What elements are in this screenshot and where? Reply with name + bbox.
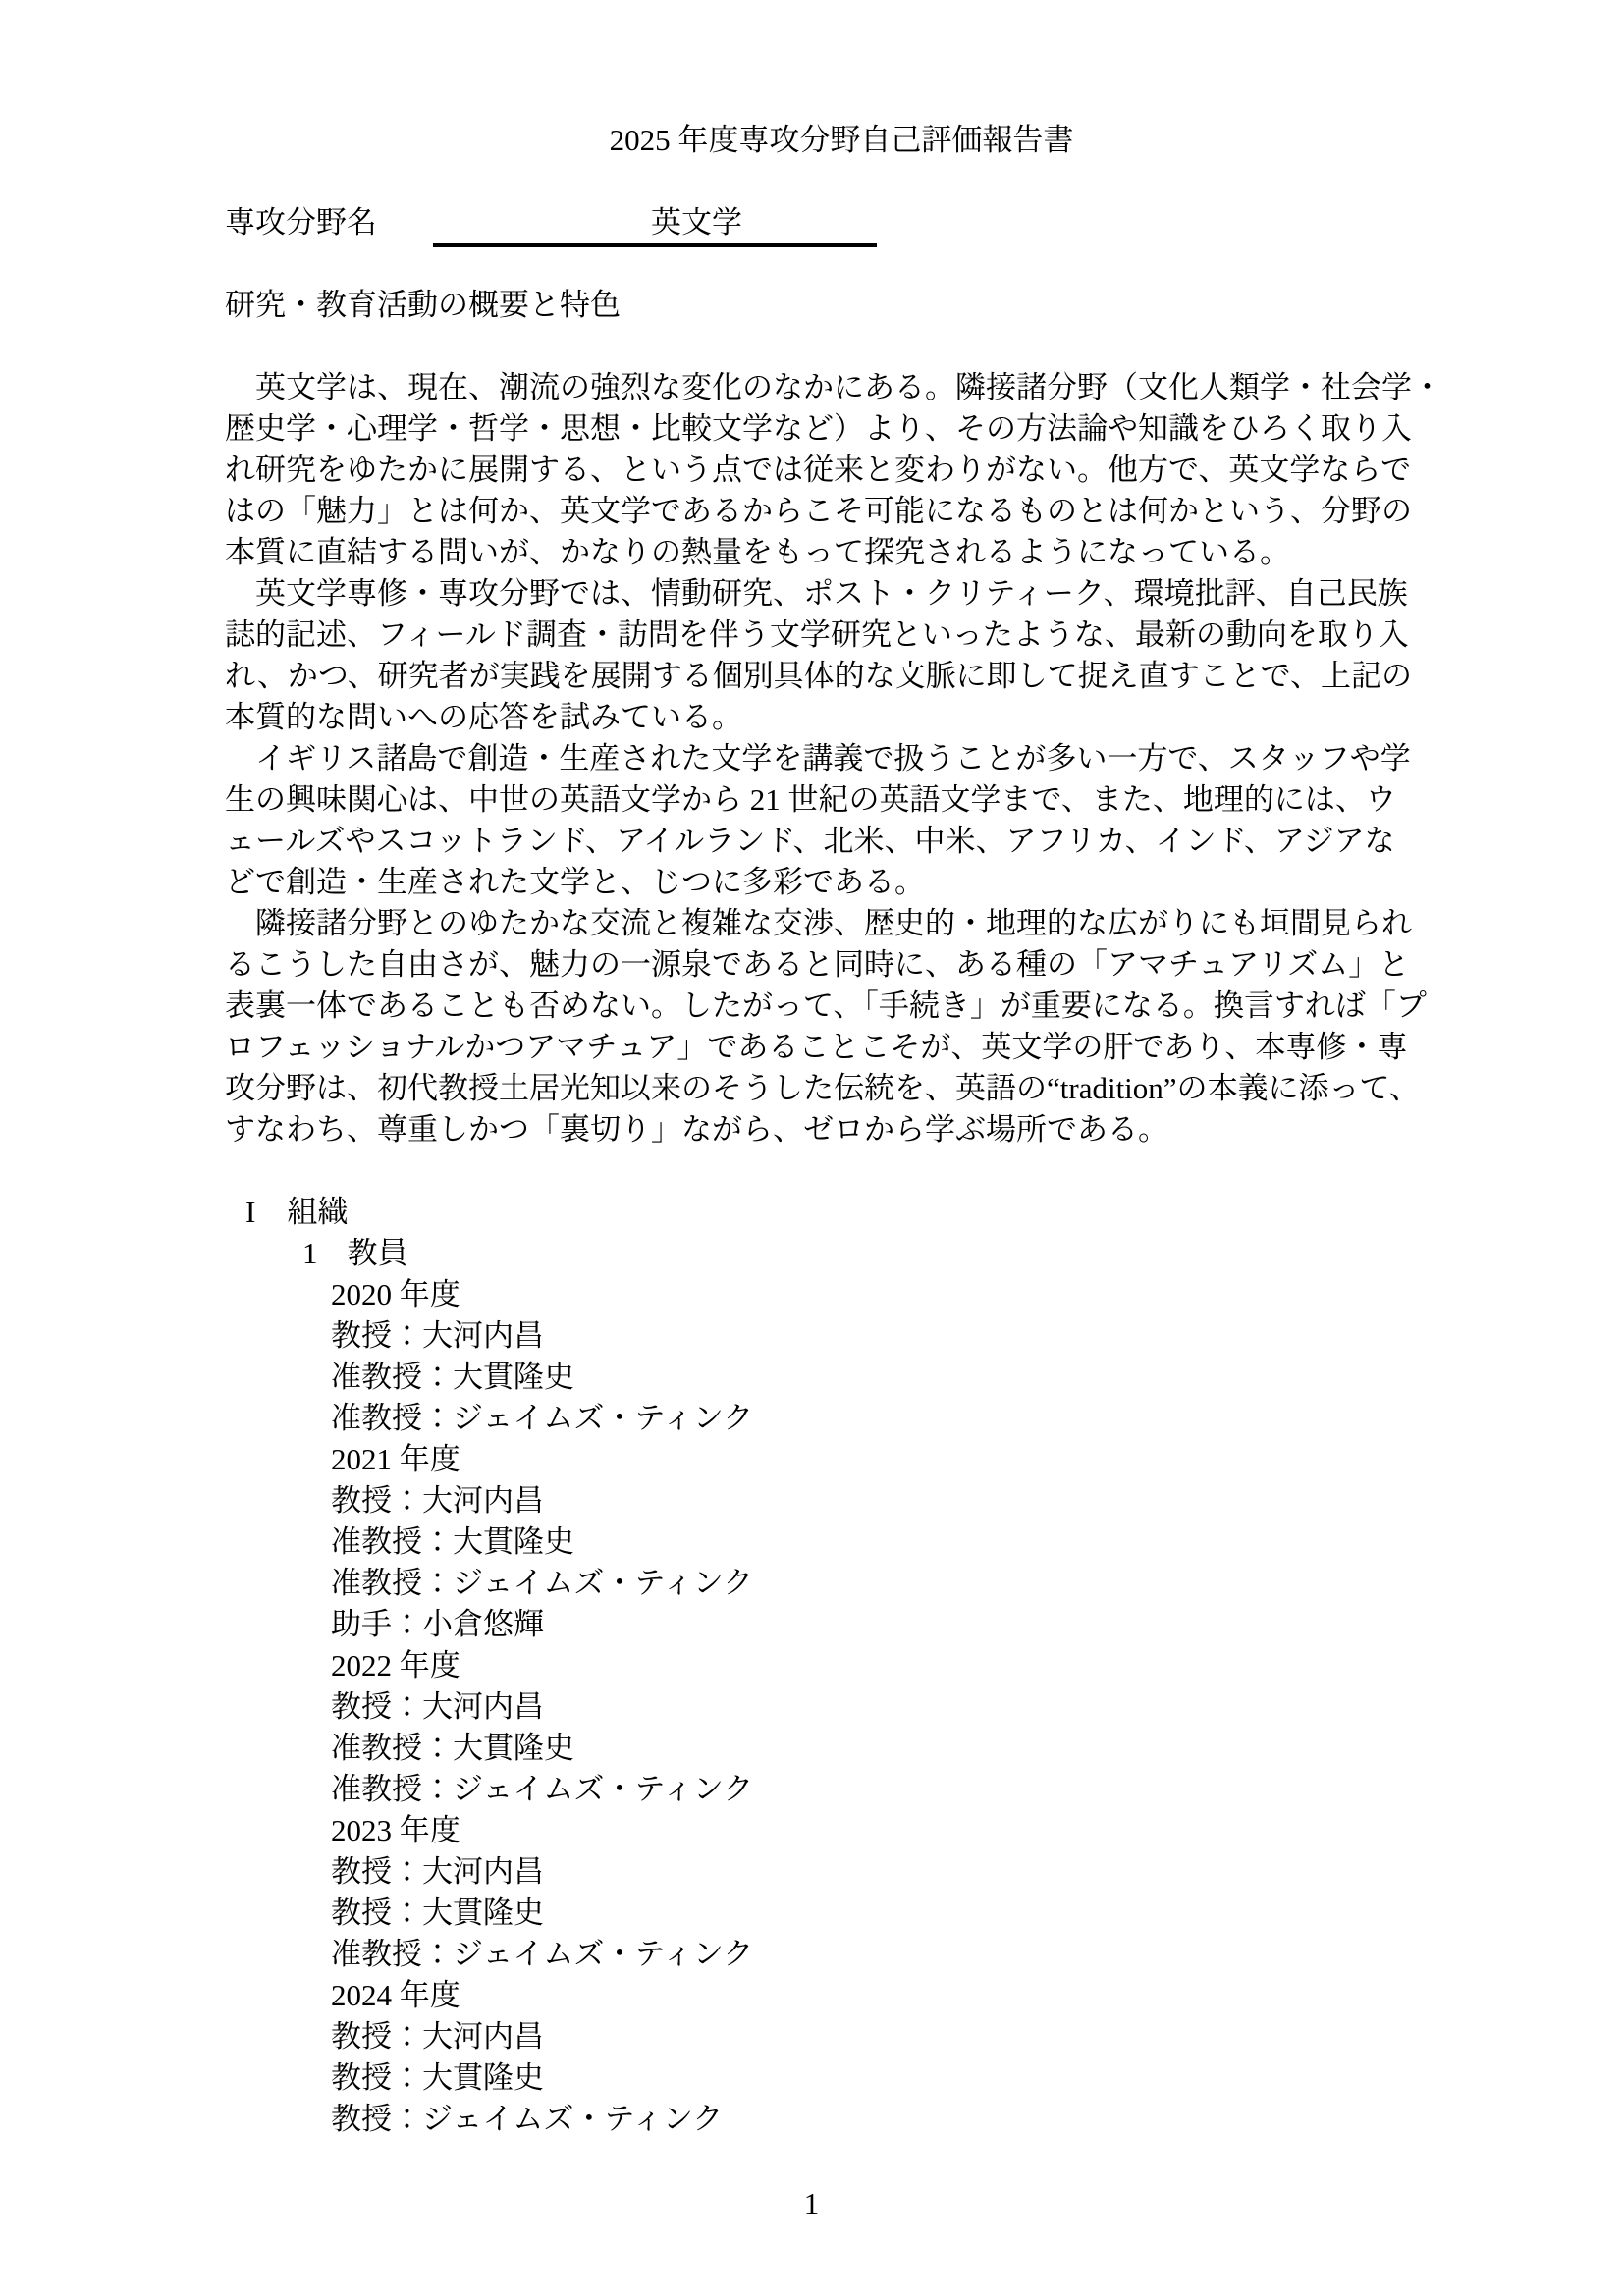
paragraph-line: 歴史学・心理学・哲学・思想・比較文学など）より、その方法論や知識をひろく取り入: [225, 408, 1458, 450]
blank-line: [225, 1150, 1458, 1192]
paragraph-line: どで創造・生産された文学と、じつに多彩である。: [225, 862, 1458, 903]
org-subsection-label: 教員: [348, 1236, 408, 1270]
paragraph-line: るこうした自由さが、魅力の一源泉であると同時に、ある種の「アマチュアリズム」と: [225, 944, 1458, 986]
paragraph-line: 英文学は、現在、潮流の強烈な変化のなかにある。隣接諸分野（文化人類学・社会学・: [225, 367, 1458, 408]
org-section-numeral: I: [245, 1195, 255, 1229]
member-line: 教授：大河内昌: [225, 1480, 1458, 1522]
blank-line: [225, 326, 1458, 367]
member-line: 教授：大河内昌: [225, 2016, 1458, 2057]
year-label: 2021 年度: [225, 1439, 1458, 1480]
paragraph-line: すなわち、尊重しかつ「裏切り」ながら、ゼロから学ぶ場所である。: [225, 1109, 1458, 1150]
org-section-heading: I組織: [225, 1192, 1458, 1233]
report-page: 2025 年度専攻分野自己評価報告書 専攻分野名英文学 研究・教育活動の概要と特…: [0, 0, 1623, 2296]
paragraph-line: れ研究をゆたかに展開する、という点では従来と変わりがない。他方で、英文学ならで: [225, 450, 1458, 491]
paragraph-line: 生の興味関心は、中世の英語文学から 21 世紀の英語文学まで、また、地理的には、…: [225, 779, 1458, 821]
member-line: 助手：小倉悠輝: [225, 1604, 1458, 1645]
paragraph-line: ロフェッショナルかつアマチュア」であることこそが、英文学の肝であり、本専修・専: [225, 1027, 1458, 1068]
field-row: 専攻分野名英文学: [225, 202, 1458, 243]
member-line: 准教授：ジェイムズ・ティンク: [225, 1563, 1458, 1604]
paragraph-line: 攻分野は、初代教授土居光知以来のそうした伝統を、英語の“tradition”の本…: [225, 1068, 1458, 1109]
document-body: 2025 年度専攻分野自己評価報告書 専攻分野名英文学 研究・教育活動の概要と特…: [225, 120, 1458, 2140]
member-line: 准教授：大貫隆史: [225, 1728, 1458, 1769]
org-subsection-numeral: 1: [302, 1236, 318, 1270]
org-subsection-heading: 1教員: [225, 1233, 1458, 1274]
year-label: 2023 年度: [225, 1810, 1458, 1851]
member-line: 教授：大貫隆史: [225, 1893, 1458, 1934]
member-line: 教授：大河内昌: [225, 1686, 1458, 1728]
paragraph-line: 本質的な問いへの応答を試みている。: [225, 697, 1458, 738]
member-line: 教授：ジェイムズ・ティンク: [225, 2099, 1458, 2140]
paragraph-line: ェールズやスコットランド、アイルランド、北米、中米、アフリカ、インド、アジアな: [225, 821, 1458, 862]
year-label: 2020 年度: [225, 1274, 1458, 1315]
paragraph-line: イギリス諸島で創造・生産された文学を講義で扱うことが多い一方で、スタッフや学: [225, 738, 1458, 779]
paragraph-line: 本質に直結する問いが、かなりの熱量をもって探究されるようになっている。: [225, 532, 1458, 573]
member-line: 教授：大貫隆史: [225, 2057, 1458, 2099]
paragraph-line: 隣接諸分野とのゆたかな交流と複雑な交渉、歴史的・地理的な広がりにも垣間見られ: [225, 903, 1458, 944]
field-label: 専攻分野名: [225, 202, 377, 243]
paragraph-line: 誌的記述、フィールド調査・訪問を伴う文学研究といったような、最新の動向を取り入: [225, 614, 1458, 656]
field-value: 英文学: [433, 202, 877, 247]
member-line: 准教授：ジェイムズ・ティンク: [225, 1398, 1458, 1439]
paragraph-line: 英文学専修・専攻分野では、情動研究、ポスト・クリティーク、環境批評、自己民族: [225, 573, 1458, 614]
member-line: 准教授：ジェイムズ・ティンク: [225, 1769, 1458, 1810]
year-label: 2024 年度: [225, 1975, 1458, 2016]
paragraph-line: 表裏一体であることも否めない。したがって、「手続き」が重要になる。換言すれば「プ: [225, 986, 1458, 1027]
page-number: 1: [0, 2183, 1623, 2224]
member-line: 准教授：大貫隆史: [225, 1522, 1458, 1563]
member-line: 教授：大河内昌: [225, 1851, 1458, 1893]
blank-line: [225, 161, 1458, 202]
blank-line: [225, 243, 1458, 285]
member-line: 教授：大河内昌: [225, 1315, 1458, 1357]
document-title: 2025 年度専攻分野自己評価報告書: [225, 120, 1458, 161]
paragraph-line: れ、かつ、研究者が実践を展開する個別具体的な文脈に即して捉え直すことで、上記の: [225, 656, 1458, 697]
org-section-label: 組織: [287, 1195, 348, 1229]
paragraph-line: はの「魅力」とは何か、英文学であるからこそ可能になるものとは何かという、分野の: [225, 491, 1458, 532]
member-line: 准教授：ジェイムズ・ティンク: [225, 1934, 1458, 1975]
year-label: 2022 年度: [225, 1645, 1458, 1686]
section-heading: 研究・教育活動の概要と特色: [225, 285, 1458, 326]
member-line: 准教授：大貫隆史: [225, 1357, 1458, 1398]
